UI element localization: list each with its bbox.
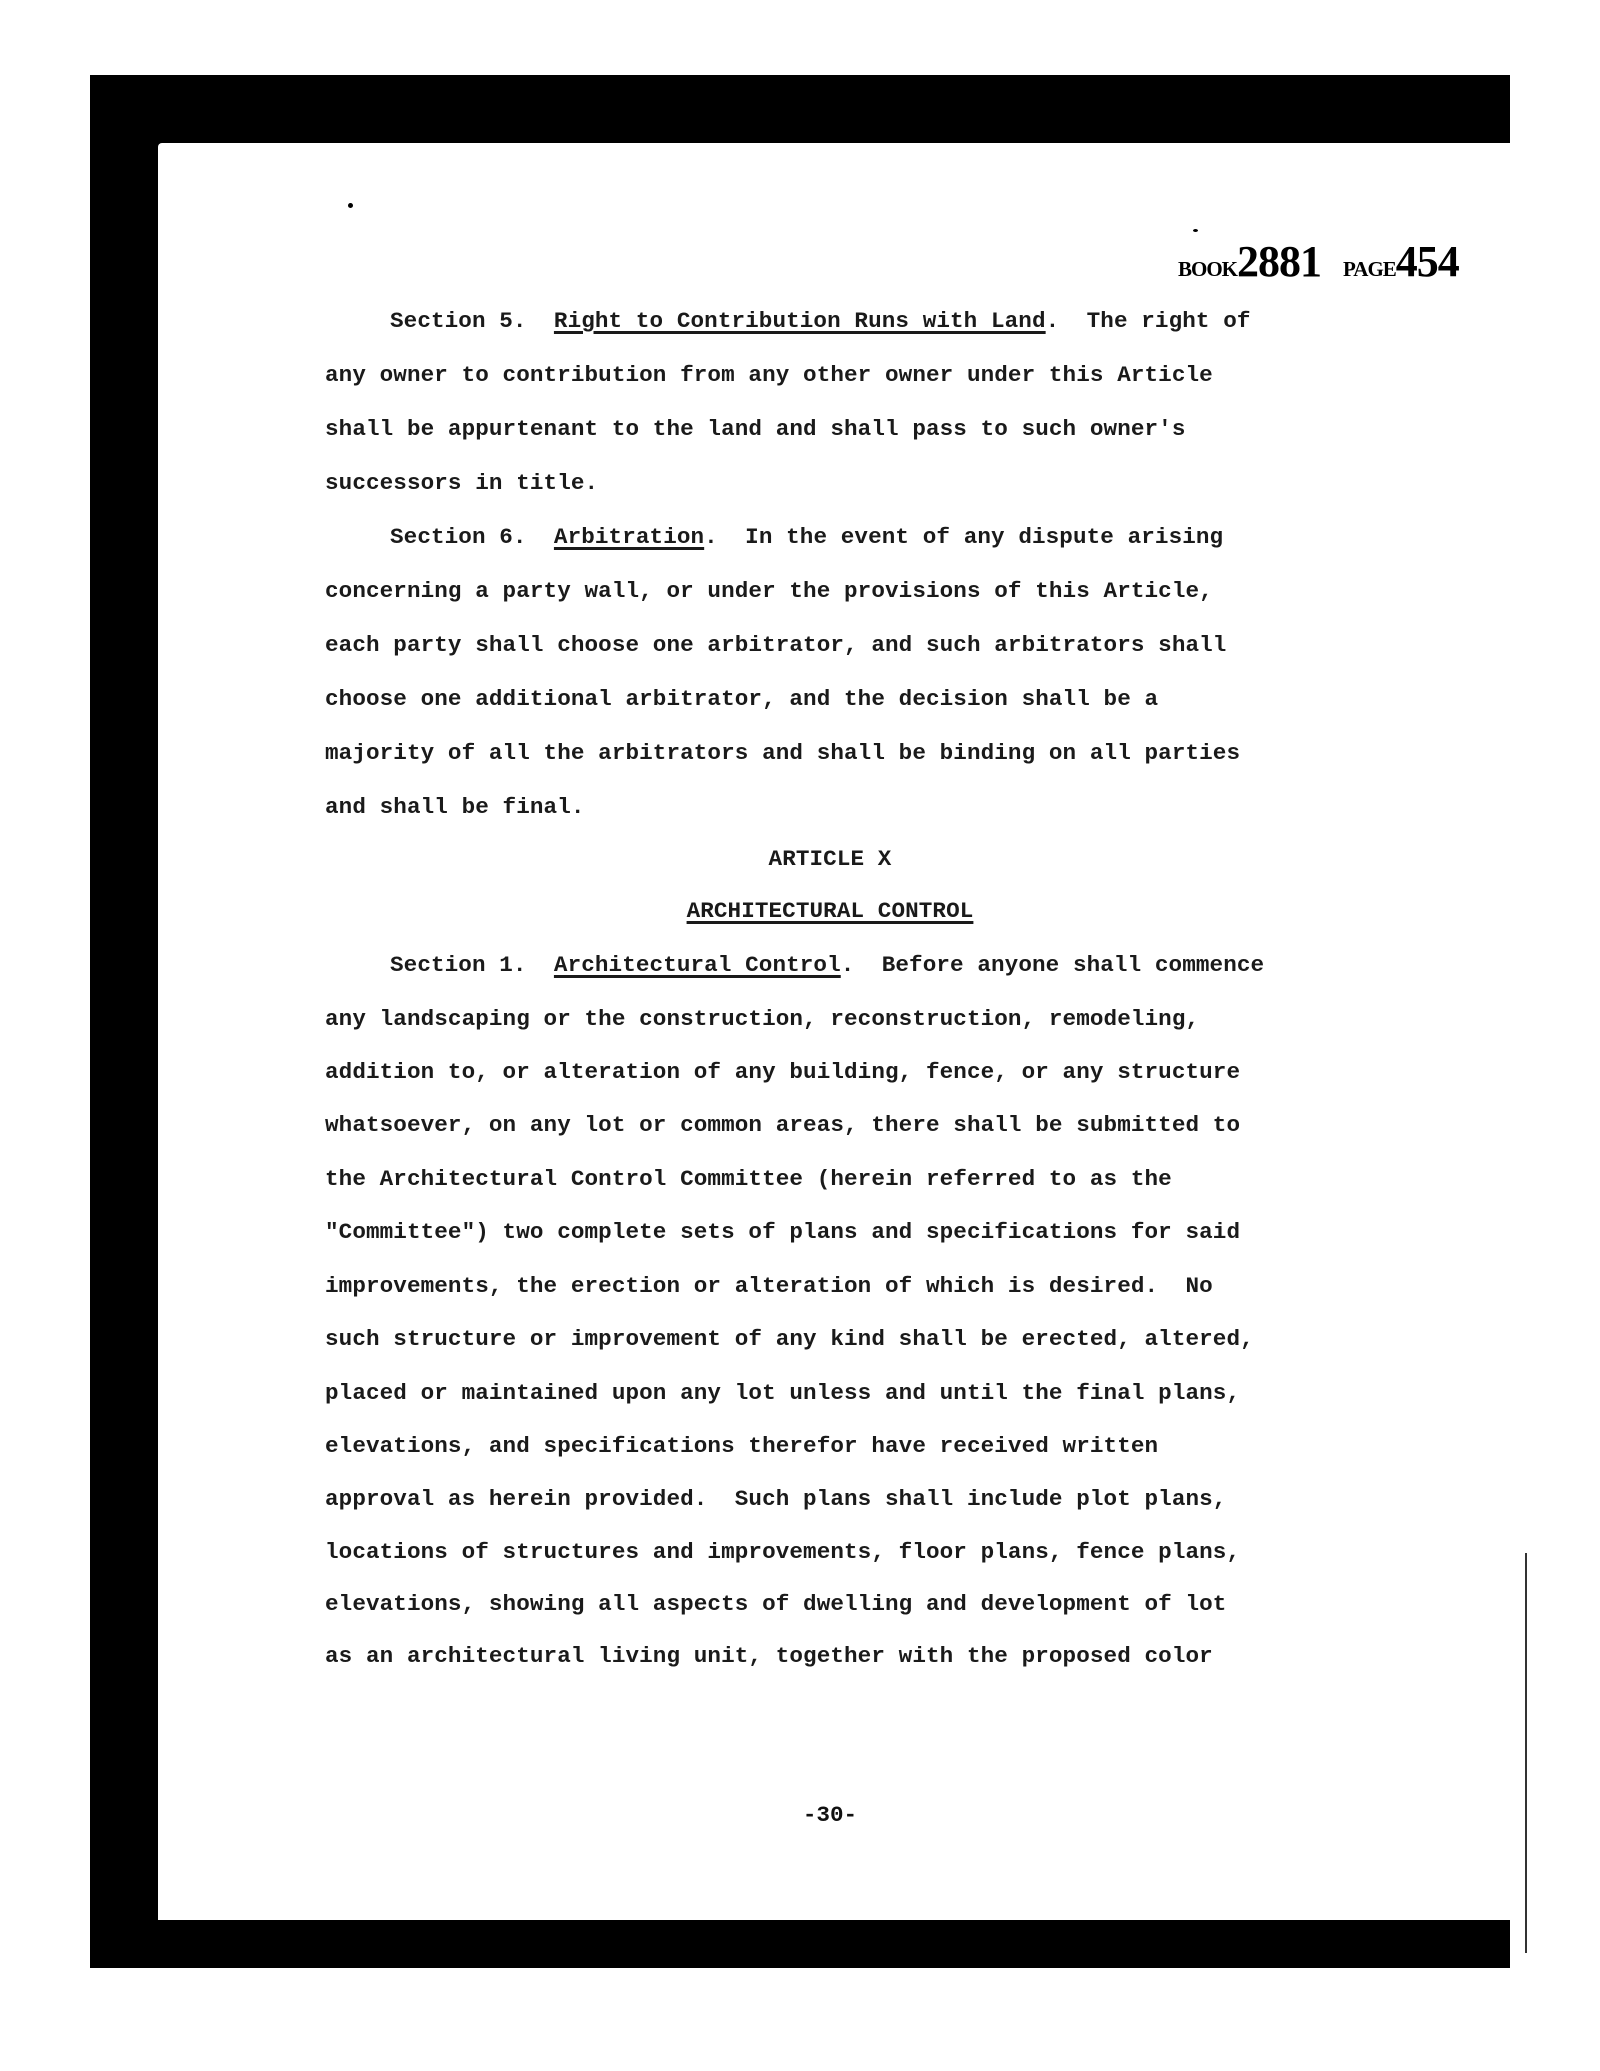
text-line: choose one additional arbitrator, and th… xyxy=(325,684,1158,714)
scan-speck xyxy=(348,203,353,208)
text-line: each party shall choose one arbitrator, … xyxy=(325,630,1226,660)
section1-title: Architectural Control xyxy=(554,952,841,978)
book-label: BOOK xyxy=(1178,257,1237,281)
section5-title: Right to Contribution Runs with Land xyxy=(554,308,1046,334)
page-number-stamp: 454 xyxy=(1396,237,1459,286)
section5-number: Section 5. xyxy=(390,308,527,334)
section6-number: Section 6. xyxy=(390,524,527,550)
page-label: PAGE xyxy=(1343,257,1396,281)
recording-stamp: BOOK2881PAGE454 xyxy=(1178,236,1459,287)
text-line: shall be appurtenant to the land and sha… xyxy=(325,414,1185,444)
text-line: majority of all the arbitrators and shal… xyxy=(325,738,1240,768)
section5-first-line: Section 5. Right to Contribution Runs wi… xyxy=(390,306,1251,336)
text-line: improvements, the erection or alteration… xyxy=(325,1271,1213,1301)
section1-first-line: Section 1. Architectural Control. Before… xyxy=(390,950,1264,980)
text-line: "Committee") two complete sets of plans … xyxy=(325,1217,1240,1247)
text-line: approval as herein provided. Such plans … xyxy=(325,1484,1226,1514)
text-line: any landscaping or the construction, rec… xyxy=(325,1004,1199,1034)
scan-edge-line xyxy=(1525,1553,1527,1953)
scan-speck xyxy=(1193,229,1198,232)
text-line: whatsoever, on any lot or common areas, … xyxy=(325,1110,1240,1140)
article-heading: ARTICLE X xyxy=(0,844,1600,874)
section1-number: Section 1. xyxy=(390,952,527,978)
section6-title: Arbitration xyxy=(554,524,704,550)
section6-first-line: Section 6. Arbitration. In the event of … xyxy=(390,522,1223,552)
text-line: as an architectural living unit, togethe… xyxy=(325,1641,1213,1671)
text-line: concerning a party wall, or under the pr… xyxy=(325,576,1213,606)
text-line: such structure or improvement of any kin… xyxy=(325,1324,1254,1354)
text-line: and shall be final. xyxy=(325,792,585,822)
text-line: elevations, and specifications therefor … xyxy=(325,1431,1158,1461)
article-title: ARCHITECTURAL CONTROL xyxy=(0,896,1600,926)
text-line: locations of structures and improvements… xyxy=(325,1537,1240,1567)
page-number: -30- xyxy=(0,1802,1600,1828)
text-line: elevations, showing all aspects of dwell… xyxy=(325,1589,1226,1619)
text-line: addition to, or alteration of any buildi… xyxy=(325,1057,1240,1087)
book-number: 2881 xyxy=(1237,237,1321,286)
text-line: any owner to contribution from any other… xyxy=(325,360,1213,390)
text-line: the Architectural Control Committee (her… xyxy=(325,1164,1172,1194)
text-line: placed or maintained upon any lot unless… xyxy=(325,1378,1240,1408)
text-line: successors in title. xyxy=(325,468,598,498)
